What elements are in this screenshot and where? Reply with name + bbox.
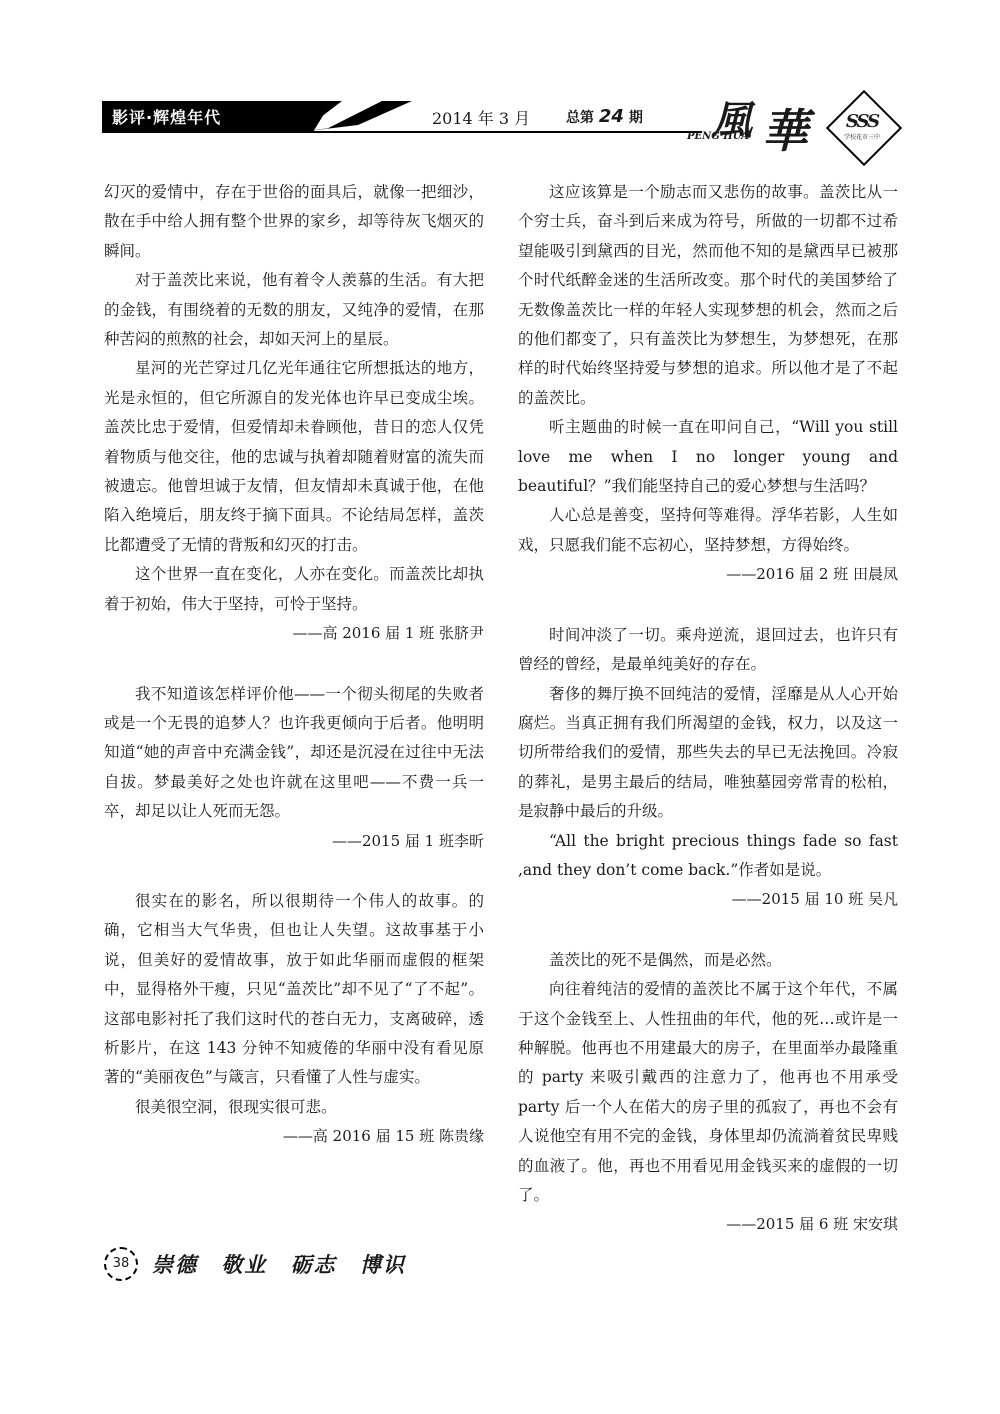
paragraph: 这个世界一直在变化，人亦在变化。而盖茨比却执着于初始，伟大于坚持，可怜于坚持。	[104, 560, 484, 619]
issue-date: 2014 年 3 月	[432, 106, 530, 129]
logo-romanization: PENG HUA	[687, 131, 749, 142]
issue-num: 24	[599, 106, 624, 127]
paragraph: 我不知道该怎样评价他——一个彻头彻尾的失败者或是一个无畏的追梦人？也许我更倾向于…	[104, 680, 484, 827]
paragraph: 盖茨比的死不是偶然，而是必然。	[518, 946, 898, 975]
author-signature: ——2015 届 1 班李昕	[104, 827, 484, 856]
paragraph: 向往着纯洁的爱情的盖茨比不属于这个年代，不属于这个金钱至上、人性扭曲的年代，他的…	[518, 975, 898, 1210]
paragraph: 这应该算是一个励志而又悲伤的故事。盖茨比从一个穷士兵，奋斗到后来成为符号，所做的…	[518, 178, 898, 413]
author-signature: ——2016 届 2 班 田晨凤	[518, 560, 898, 589]
magazine-logo: 風 華 PENG HUA SSS 学校花市三中	[687, 91, 917, 171]
issue-number: 总第 24 期	[566, 106, 643, 127]
paragraph: 奢侈的舞厅换不回纯洁的爱情，淫靡是从人心开始腐烂。当真正拥有我们所渴望的金钱，权…	[518, 680, 898, 827]
school-emblem-icon: SSS 学校花市三中	[827, 91, 897, 161]
section-gap	[104, 856, 484, 887]
author-signature: ——高 2016 届 1 班 张脐尹	[104, 619, 484, 648]
logo-char-hua: 華	[762, 95, 808, 161]
paragraph: 星河的光芒穿过几亿光年通往它所想抵达的地方，光是永恒的，但它所源自的发光体也许早…	[104, 354, 484, 560]
issue-suffix: 期	[629, 110, 643, 126]
right-column: 这应该算是一个励志而又悲伤的故事。盖茨比从一个穷士兵，奋斗到后来成为符号，所做的…	[518, 178, 898, 1240]
paragraph: 幻灭的爱情中，存在于世俗的面具后，就像一把细沙，散在手中给人拥有整个世界的家乡，…	[104, 178, 484, 266]
paragraph: 很美很空洞，很现实很可悲。	[104, 1093, 484, 1122]
page-number: 38	[104, 1247, 138, 1281]
author-signature: ——2015 届 10 班 吴凡	[518, 885, 898, 914]
paragraph: 很实在的影名，所以很期待一个伟人的故事。的确，它相当大气华贵，但也让人失望。这故…	[104, 887, 484, 1093]
paragraph: 时间冲淡了一切。乘舟逆流，退回过去，也许只有曾经的曾经，是最单纯美好的存在。	[518, 621, 898, 680]
paragraph: 对于盖茨比来说，他有着令人羡慕的生活。有大把的金钱，有围绕着的无数的朋友，又纯净…	[104, 266, 484, 354]
paragraph: 人心总是善变，坚持何等难得。浮华若影，人生如戏，只愿我们能不忘初心，坚持梦想，方…	[518, 501, 898, 560]
section-gap	[518, 590, 898, 621]
section-gap	[518, 915, 898, 946]
school-motto: 崇德 敬业 砺志 博识	[152, 1249, 406, 1279]
paragraph: 听主题曲的时候一直在叩问自己，“Will you still love me w…	[518, 413, 898, 501]
header-rule	[102, 131, 702, 133]
section-gap	[104, 649, 484, 680]
emblem-caption: 学校花市三中	[840, 132, 884, 141]
section-label: 影评·辉煌年代	[112, 105, 221, 128]
page-header: 影评·辉煌年代 2014 年 3 月 总第 24 期 風 華 PENG HUA …	[102, 101, 912, 171]
paragraph: “All the bright precious things fade so …	[518, 827, 898, 886]
issue-prefix: 总第	[566, 110, 594, 126]
emblem-mark: SSS	[842, 111, 882, 132]
left-column: 幻灭的爱情中，存在于世俗的面具后，就像一把细沙，散在手中给人拥有整个世界的家乡，…	[104, 178, 484, 1152]
author-signature: ——高 2016 届 15 班 陈贵缘	[104, 1122, 484, 1151]
author-signature: ——2015 届 6 班 宋安琪	[518, 1210, 898, 1239]
